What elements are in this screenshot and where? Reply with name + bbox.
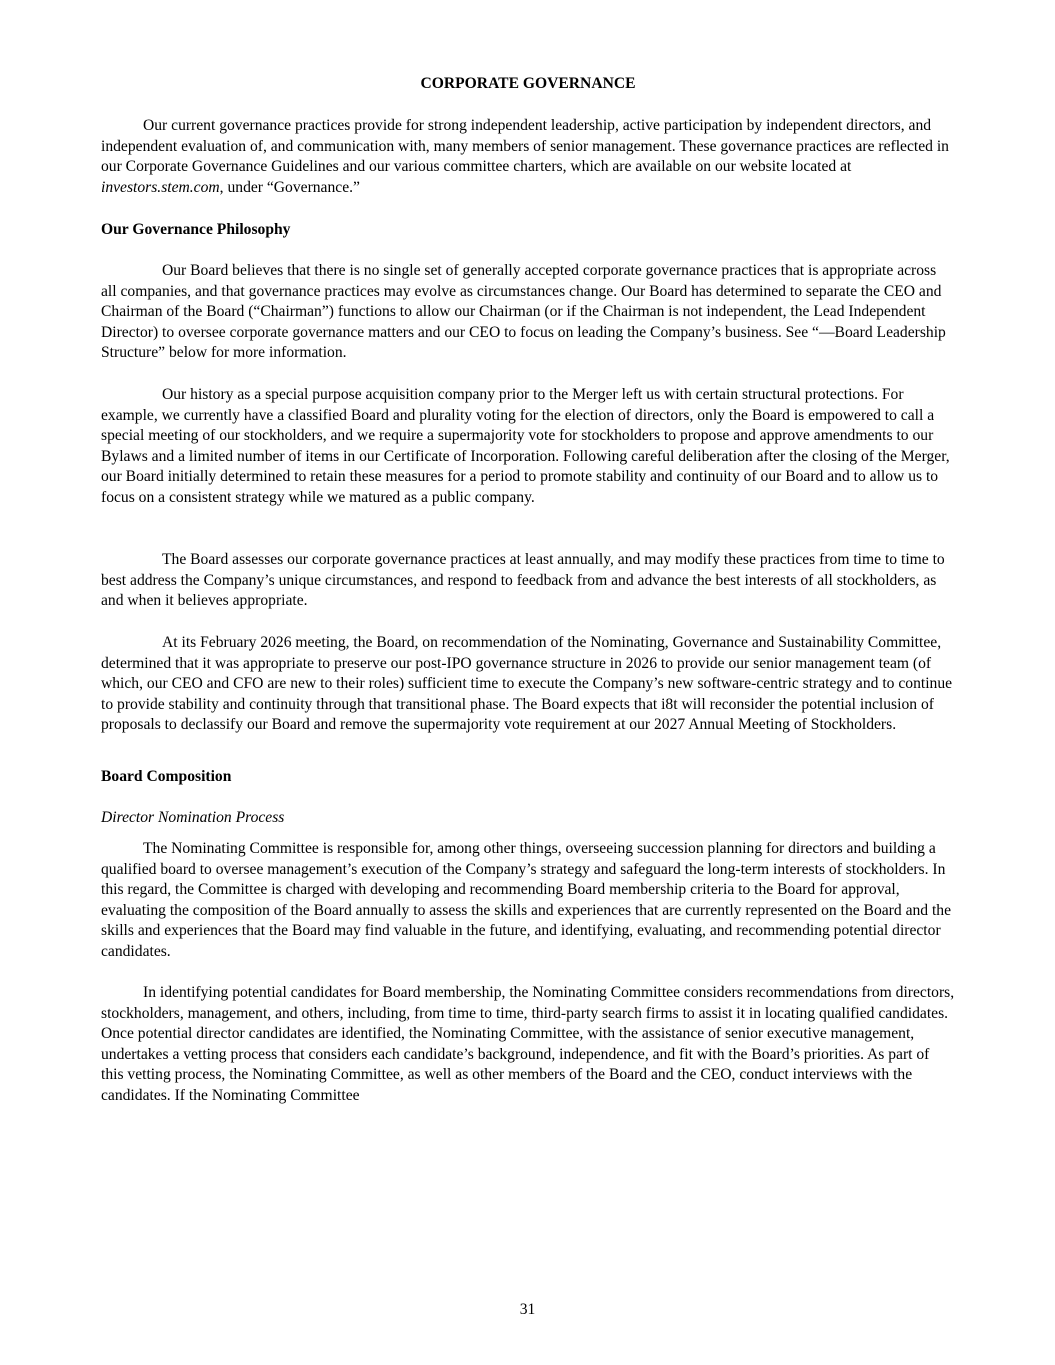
subsection-heading-director-nomination: Director Nomination Process [101, 808, 955, 829]
paragraph: At its February 2026 meeting, the Board,… [101, 633, 955, 736]
paragraph: Our Board believes that there is no sing… [101, 261, 955, 364]
page-title: CORPORATE GOVERNANCE [101, 74, 955, 95]
page-number: 31 [0, 1300, 1055, 1321]
intro-text: Our current governance practices provide… [101, 117, 949, 175]
section-heading-governance-philosophy: Our Governance Philosophy [101, 220, 955, 241]
paragraph: The Nominating Committee is responsible … [101, 839, 955, 963]
paragraph: In identifying potential candidates for … [101, 983, 955, 1107]
section-heading-board-composition: Board Composition [101, 767, 955, 788]
website-link[interactable]: investors.stem.com [101, 179, 220, 196]
intro-paragraph: Our current governance practices provide… [101, 116, 955, 198]
intro-text-end: , under “Governance.” [220, 179, 360, 196]
paragraph: Our history as a special purpose acquisi… [101, 385, 955, 509]
paragraph: The Board assesses our corporate governa… [101, 550, 955, 612]
